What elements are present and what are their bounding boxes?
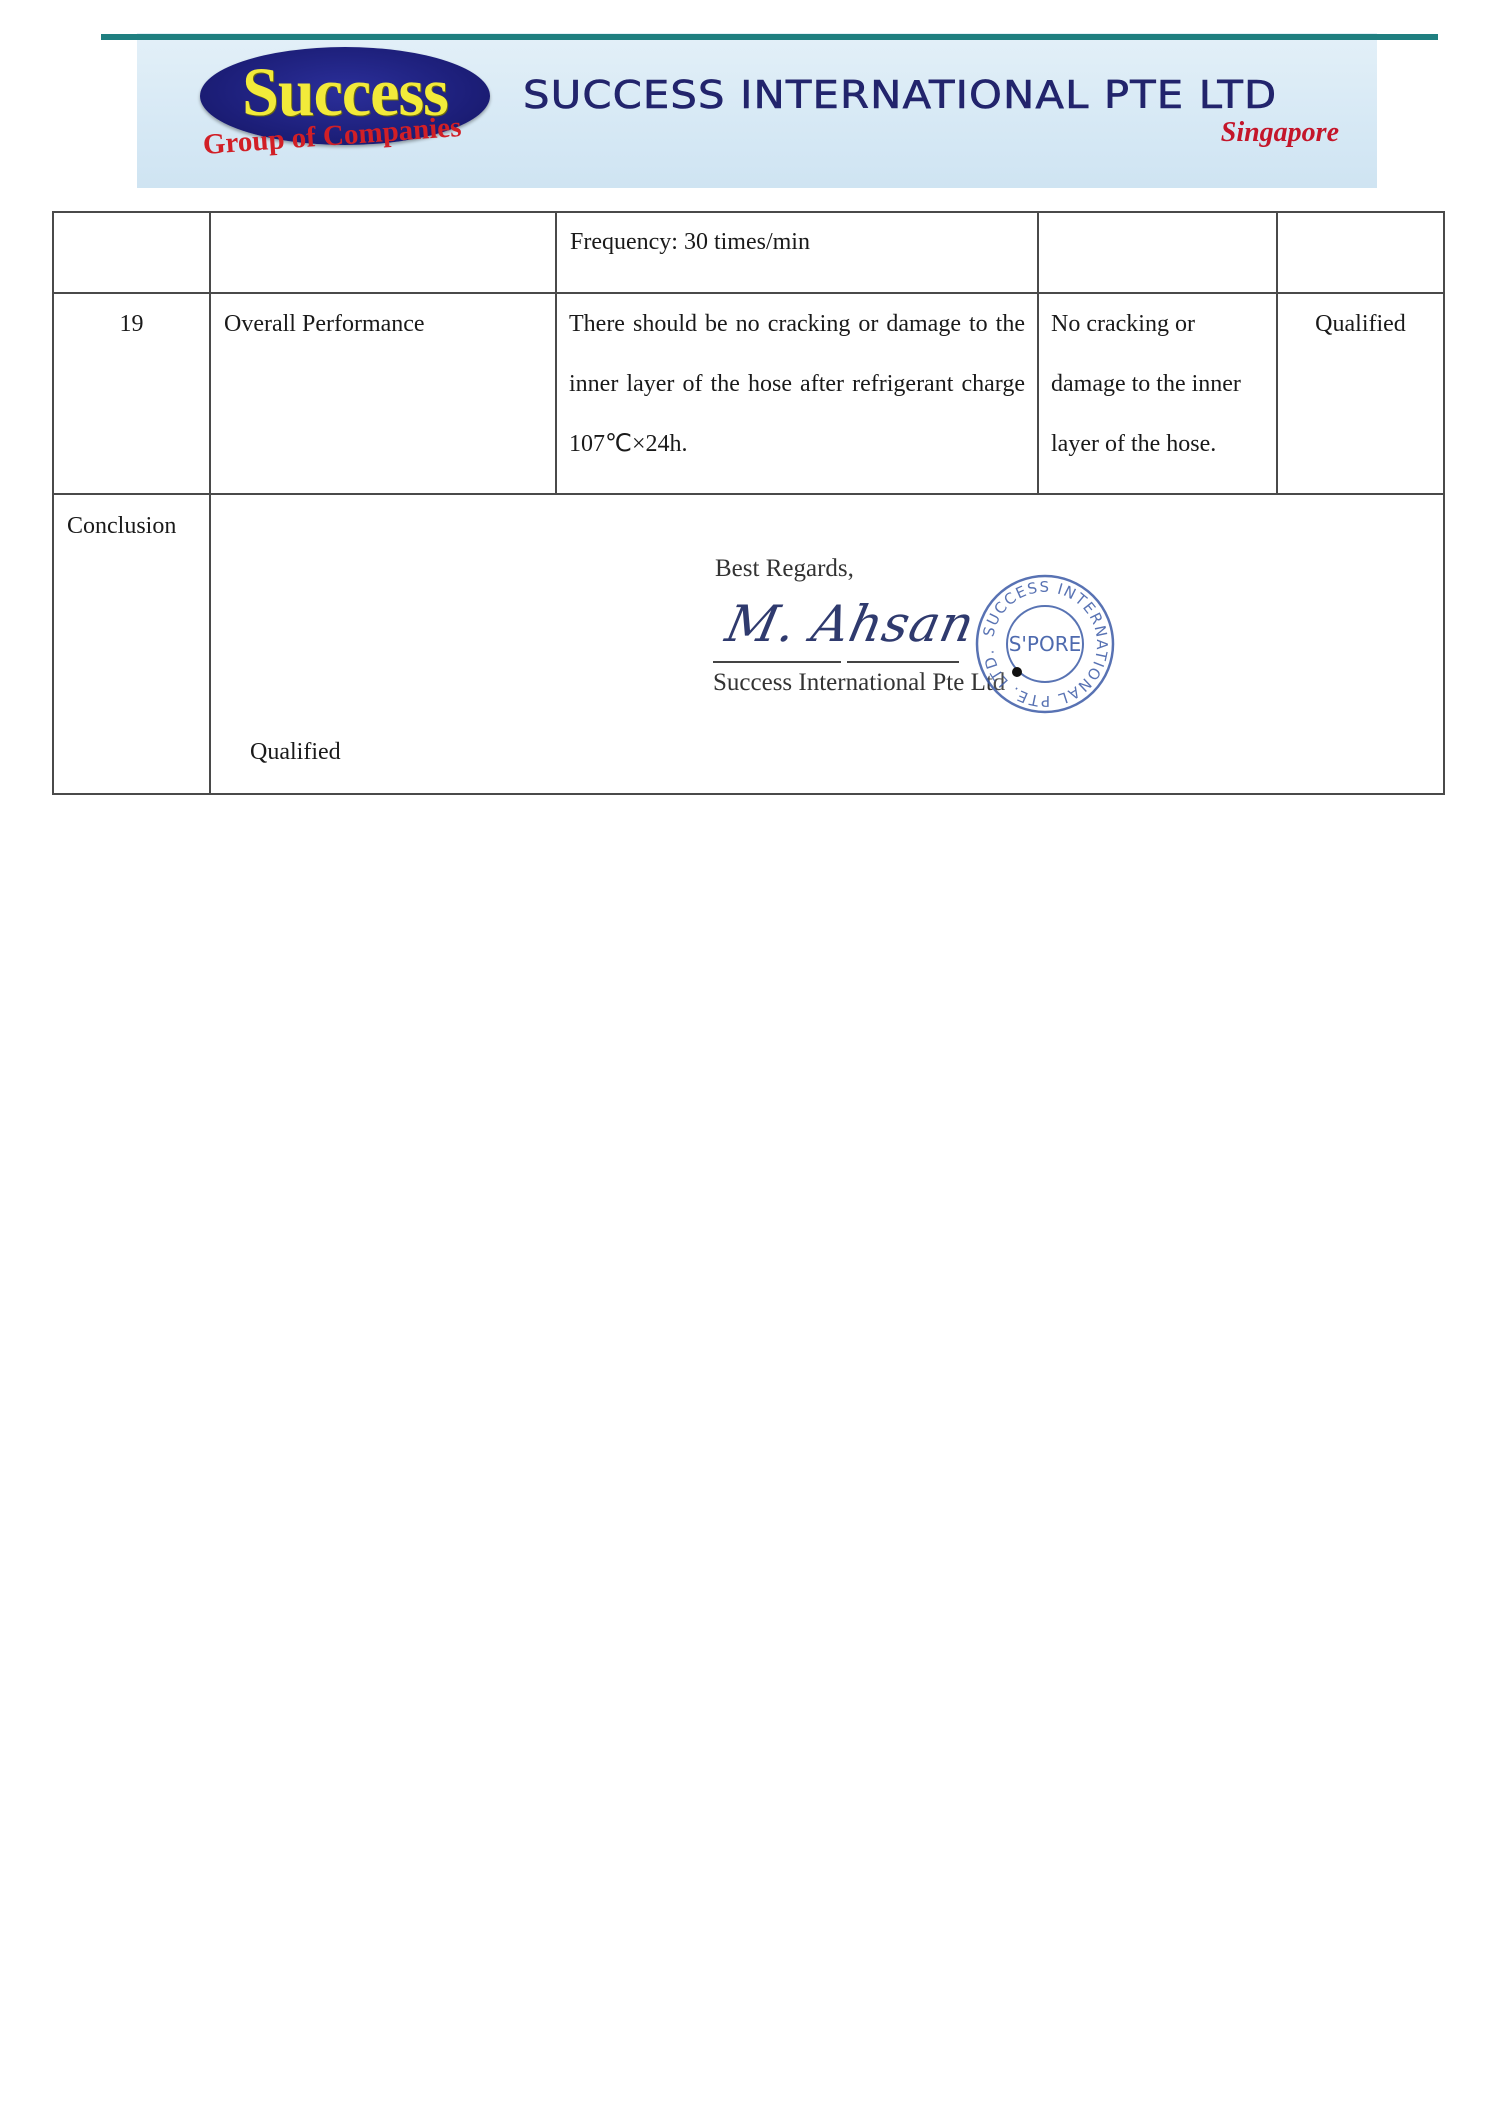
cell-requirement: There should be no cracking or damage to… [556, 293, 1038, 494]
conclusion-value: Qualified [250, 737, 341, 767]
cell-result [1038, 212, 1277, 293]
signature-line [847, 661, 959, 663]
signatory-name: Success International Pte Ltd [713, 669, 1005, 697]
result-text: No cracking or damage to the inner layer… [1039, 294, 1276, 474]
closing-text: Best Regards, [715, 555, 854, 583]
verdict-text: Qualified [1278, 294, 1443, 354]
cell-result: No cracking or damage to the inner layer… [1038, 293, 1277, 494]
test-report-table: Frequency: 30 times/min 19 Overall Perfo… [52, 211, 1445, 795]
company-location: Singapore [1221, 117, 1339, 149]
item-number: 19 [54, 294, 209, 354]
signature-line [713, 661, 841, 663]
company-stamp-icon: SUCCESS INTERNATIONAL PTE. LTD. * S'PORE [972, 571, 1118, 717]
cell-item: Overall Performance [210, 293, 556, 494]
table-row: Frequency: 30 times/min [53, 212, 1444, 293]
requirement-text: There should be no cracking or damage to… [557, 294, 1037, 474]
conclusion-label-cell: Conclusion [53, 494, 210, 794]
cell-verdict: Qualified [1277, 293, 1444, 494]
item-name: Overall Performance [211, 294, 555, 354]
header-accent-line [101, 34, 1438, 40]
cell-item [210, 212, 556, 293]
cell-requirement: Frequency: 30 times/min [556, 212, 1038, 293]
conclusion-body-cell: Best Regards, M. Ahsan Success Internati… [210, 494, 1444, 794]
conclusion-label: Conclusion [54, 495, 209, 543]
signature-block: Best Regards, M. Ahsan Success Internati… [713, 555, 1133, 730]
svg-text:S'PORE: S'PORE [1009, 632, 1082, 656]
cell-no [53, 212, 210, 293]
company-name: SUCCESS INTERNATIONAL PTE LTD [523, 73, 1277, 117]
company-letterhead-banner: Success Group of Companies SUCCESS INTER… [137, 33, 1377, 188]
conclusion-row: Conclusion Best Regards, M. Ahsan Succes… [53, 494, 1444, 794]
handwritten-signature: M. Ahsan [721, 595, 980, 653]
cell-verdict [1277, 212, 1444, 293]
table-row: 19 Overall Performance There should be n… [53, 293, 1444, 494]
cell-no: 19 [53, 293, 210, 494]
requirement-text: Frequency: 30 times/min [557, 213, 1037, 259]
